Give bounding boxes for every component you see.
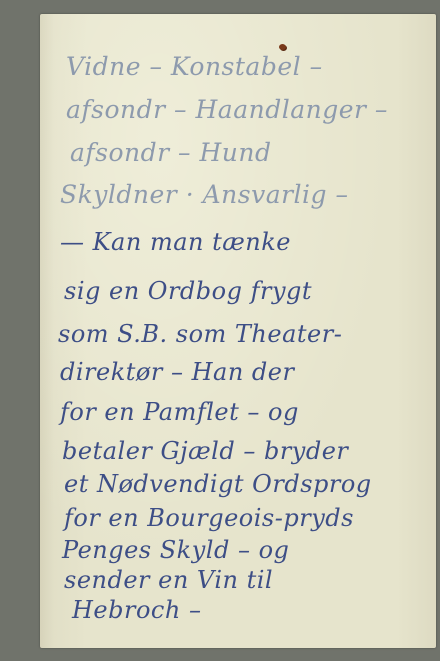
ink-line-1: — Kan man tænke [60, 228, 291, 256]
page-edge-shadow [40, 14, 54, 648]
pencil-line-3: afsondr – Hund [70, 138, 272, 167]
ink-line-3: som S.B. som Theater- [58, 320, 342, 348]
pencil-line-1: Vidne – Konstabel – [66, 52, 323, 81]
rust-stain [279, 44, 286, 50]
ink-line-7: et Nødvendigt Ordsprog [64, 470, 372, 498]
ink-line-11: Hebroch – [72, 596, 201, 624]
ink-line-6: betaler Gjæld – bryder [62, 437, 348, 465]
ink-line-5: for en Pamflet – og [60, 398, 299, 426]
ink-line-9: Penges Skyld – og [62, 536, 289, 564]
ink-line-4: direktør – Han der [60, 358, 294, 386]
ink-line-2: sig en Ordbog frygt [64, 277, 312, 305]
pencil-line-4: Skyldner · Ansvarlig – [60, 180, 349, 209]
pencil-line-2: afsondr – Haandlanger – [66, 95, 388, 124]
ink-line-10: sender en Vin til [64, 566, 273, 594]
ink-line-8: for en Bourgeois-pryds [64, 504, 354, 532]
